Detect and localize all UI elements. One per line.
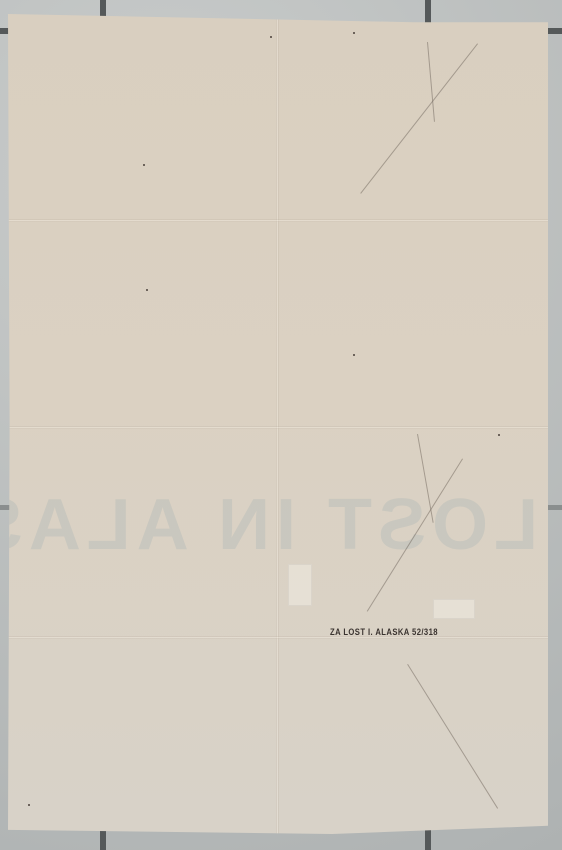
horizontal-fold-1 xyxy=(8,219,548,222)
speck xyxy=(498,434,500,436)
horizontal-fold-2 xyxy=(8,426,548,429)
poster-back: LOST IN ALASKA ZA LOST I. ALASKA 52/318 xyxy=(8,14,548,834)
speck xyxy=(353,354,355,356)
horizontal-fold-3 xyxy=(8,636,548,639)
bleed-through-title: LOST IN ALASKA xyxy=(68,484,538,574)
stamp-text: ZA LOST I. ALASKA 52/318 xyxy=(330,627,438,637)
crease-line xyxy=(360,43,478,193)
crease-line xyxy=(407,664,498,809)
vertical-fold xyxy=(276,14,279,834)
tape-residue xyxy=(288,564,312,606)
speck xyxy=(353,32,355,34)
tape-residue xyxy=(433,599,475,619)
speck xyxy=(270,36,272,38)
speck xyxy=(143,164,145,166)
speck xyxy=(28,804,30,806)
speck xyxy=(146,289,148,291)
crease-line xyxy=(427,42,435,122)
